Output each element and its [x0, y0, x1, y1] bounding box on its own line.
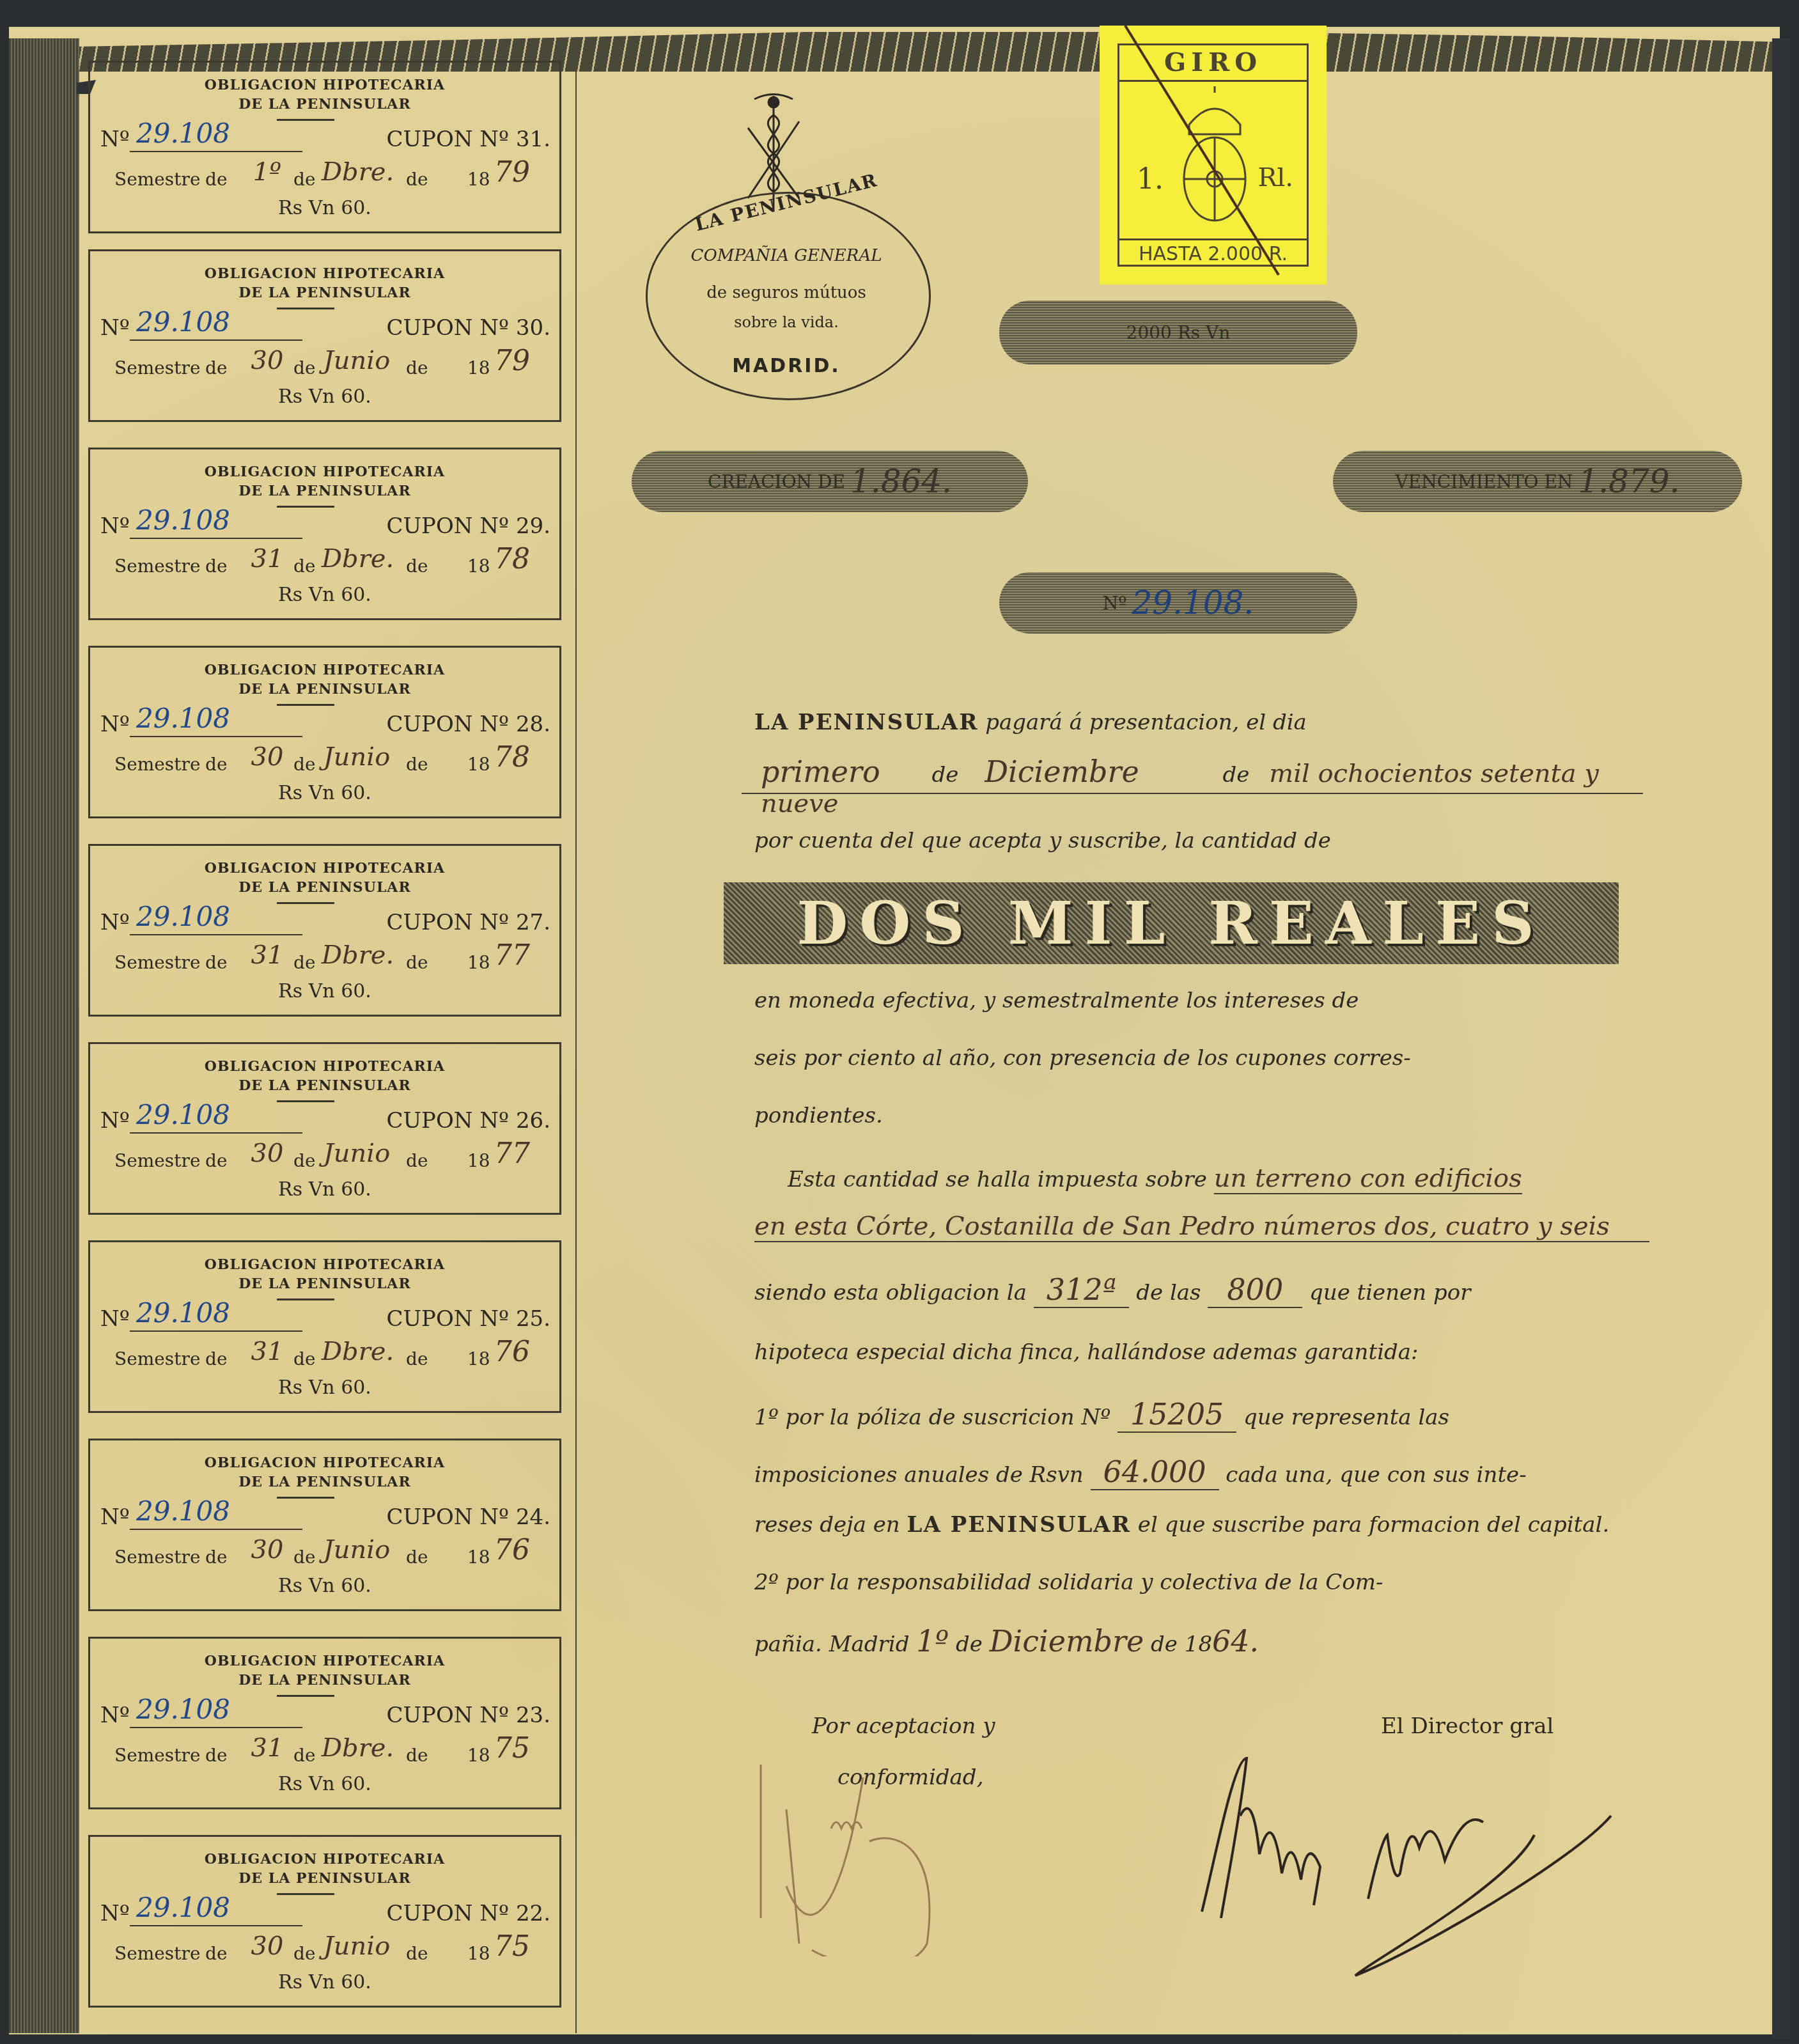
seal-line-3: sobre la vida. — [646, 313, 927, 331]
semester-day-handwritten: 31 — [238, 1733, 296, 1763]
divider — [277, 506, 334, 508]
body-line-4: en moneda efectiva, y semestralmente los… — [754, 988, 1359, 1013]
semester-label: Semestre — [114, 1348, 200, 1369]
coupon-header: OBLIGACION HIPOTECARIA — [90, 1058, 559, 1075]
amount-words: DOS MIL REALES — [797, 889, 1545, 958]
de-label: de — [406, 357, 428, 378]
pen-cancel-stroke-icon — [1112, 26, 1317, 281]
semester-month-handwritten: Dbre. — [322, 157, 392, 187]
bond-number-handwritten: 29.108 — [136, 901, 230, 932]
de-label: de — [205, 1348, 228, 1369]
de-label: de — [205, 169, 228, 190]
fill-line — [130, 1330, 302, 1332]
body-line-5: seis por ciento al año, con presencia de… — [754, 1045, 1411, 1071]
seal-line-1: COMPAÑIA GENERAL — [646, 246, 927, 265]
semester-label: Semestre — [114, 556, 200, 577]
coupon-amount: Rs Vn 60. — [90, 1971, 559, 1993]
coupon-label: CUPON Nº — [386, 1703, 509, 1728]
semester-label: Semestre — [114, 1547, 200, 1568]
semester-month-handwritten: Dbre. — [322, 1733, 392, 1763]
de-label: de — [205, 1150, 228, 1171]
coupon-23[interactable]: OBLIGACION HIPOTECARIADE LA PENINSULARNº… — [88, 1637, 561, 1809]
body-line-3: por cuenta del que acepta y suscribe, la… — [754, 828, 1331, 854]
coupon-subheader: DE LA PENINSULAR — [90, 285, 559, 301]
currency-label: Rs Vn — [278, 980, 335, 1002]
body-line-13: reses deja en LA PENINSULAR el que suscr… — [754, 1512, 1609, 1538]
coupon-subheader: DE LA PENINSULAR — [90, 1672, 559, 1689]
semester-day-handwritten: 30 — [238, 1535, 296, 1564]
divider — [277, 1695, 334, 1697]
coupon-amount: Rs Vn 60. — [90, 1178, 559, 1201]
bond-number-label: Nº — [100, 1306, 130, 1332]
coupon-24[interactable]: OBLIGACION HIPOTECARIADE LA PENINSULARNº… — [88, 1439, 561, 1611]
coupon-header: OBLIGACION HIPOTECARIA — [90, 464, 559, 480]
bond-number-handwritten: 29.108 — [136, 1892, 230, 1923]
semester-year-handwritten: 76 — [494, 1336, 530, 1368]
due-month-handwritten: Diciembre — [985, 754, 1139, 789]
coupon-subheader: DE LA PENINSULAR — [90, 483, 559, 499]
coupon-amount: Rs Vn 60. — [90, 197, 559, 219]
year-prefix: 18 — [467, 1745, 490, 1766]
bond-number-label: Nº — [100, 127, 130, 152]
amount-value: 60. — [341, 1178, 371, 1201]
currency-label: Rs Vn — [278, 197, 335, 219]
coupon-subheader: DE LA PENINSULAR — [90, 1870, 559, 1887]
divider — [277, 1100, 334, 1102]
coupon-perforation-line — [575, 70, 577, 2033]
semester-label: Semestre — [114, 1150, 200, 1171]
text: de — [956, 1632, 983, 1657]
fill-line — [130, 1727, 302, 1728]
semester-year-handwritten: 75 — [494, 1930, 530, 1963]
bond-number-label: Nº — [100, 1901, 130, 1926]
de-label: de — [406, 1348, 428, 1369]
body-line-1-text: pagará á presentacion, el dia — [985, 710, 1307, 735]
text: imposiciones anuales de Rsvn — [754, 1462, 1084, 1488]
body-line-15: pañia. Madrid 1º de Diciembre de 1864. — [754, 1624, 1259, 1658]
de-label: de — [205, 1547, 228, 1568]
annual-amount-handwritten: 64.000 — [1091, 1455, 1219, 1490]
text: que representa las — [1243, 1405, 1449, 1430]
coupon-no-value: 25. — [516, 1306, 550, 1332]
coupon-amount: Rs Vn 60. — [90, 1575, 559, 1597]
fill-line — [130, 339, 302, 341]
currency-label: Rs Vn — [278, 1773, 335, 1795]
coupon-header: OBLIGACION HIPOTECARIA — [90, 662, 559, 678]
fill-line — [130, 736, 302, 737]
semester-month-handwritten: Dbre. — [322, 1337, 392, 1366]
creacion-pill: CREACION DE 1.864. — [632, 451, 1028, 512]
de-label: de — [293, 1150, 316, 1171]
de-label: de — [205, 952, 228, 973]
de-label: de — [293, 1745, 316, 1766]
coupon-no-value: 27. — [516, 910, 550, 935]
body-line-14: 2º por la responsabilidad solidaria y co… — [754, 1570, 1383, 1595]
issue-day-handwritten: 1º — [916, 1624, 949, 1658]
body-line-7: Esta cantidad se halla impuesta sobre un… — [788, 1164, 1522, 1193]
de-label: de — [205, 357, 228, 378]
de-label: de — [293, 952, 316, 973]
semester-month-handwritten: Junio — [322, 742, 392, 772]
coupon-label: CUPON Nº — [386, 712, 509, 737]
year-prefix: 18 — [467, 952, 490, 973]
semester-day-handwritten: 30 — [238, 1139, 296, 1168]
coupon-number: CUPON Nº 24. — [386, 1504, 550, 1530]
body-line-9: siendo esta obligacion la 312ª de las 80… — [754, 1272, 1470, 1307]
semester-day-handwritten: 30 — [238, 346, 296, 375]
vencimiento-year: 1.879. — [1578, 463, 1679, 500]
de-label: de — [205, 1745, 228, 1766]
coupon-subheader: DE LA PENINSULAR — [90, 879, 559, 896]
vencimiento-label: VENCIMIENTO EN — [1396, 471, 1573, 492]
semester-day-handwritten: 31 — [238, 1337, 296, 1366]
de-label: de — [406, 1943, 428, 1964]
semester-day-handwritten: 30 — [238, 1931, 296, 1961]
semester-month-handwritten: Dbre. — [322, 940, 392, 970]
coupon-label: CUPON Nº — [386, 1504, 509, 1530]
text: el que suscribe para formacion del capit… — [1138, 1512, 1609, 1538]
coupon-header: OBLIGACION HIPOTECARIA — [90, 1455, 559, 1471]
issue-month-handwritten: Diciembre — [990, 1624, 1144, 1658]
semester-year-handwritten: 79 — [494, 345, 530, 377]
currency-label: Rs Vn — [278, 782, 335, 804]
coupon-no-value: 31. — [516, 127, 550, 152]
year-prefix: 18 — [467, 754, 490, 775]
issuer-name: LA PENINSULAR — [754, 710, 978, 735]
semester-month-handwritten: Junio — [322, 346, 392, 375]
de-label: de — [293, 1943, 316, 1964]
bond-number-label: Nº — [100, 1108, 130, 1134]
scan-edge — [1772, 38, 1790, 2040]
amount-banner: DOS MIL REALES — [724, 882, 1619, 964]
body-line-2: primero de Diciembre de mil ochocientos … — [761, 754, 1643, 818]
text: que tienen por — [1309, 1280, 1470, 1306]
coupon-no-value: 29. — [516, 513, 550, 539]
coupon-label: CUPON Nº — [386, 910, 509, 935]
body-line-12: imposiciones anuales de Rsvn 64.000 cada… — [754, 1455, 1527, 1489]
bond-number-handwritten: 29.108 — [136, 504, 230, 536]
seal-city: MADRID. — [646, 355, 927, 377]
due-day-handwritten: primero — [761, 754, 880, 789]
coupon-number: CUPON Nº 26. — [386, 1108, 550, 1134]
currency-label: Rs Vn — [278, 1971, 335, 1993]
semester-day-handwritten: 31 — [238, 544, 296, 573]
currency-label: Rs Vn — [278, 1178, 335, 1201]
coupon-number: CUPON Nº 22. — [386, 1901, 550, 1926]
de-label: de — [406, 1745, 428, 1766]
coupon-22[interactable]: OBLIGACION HIPOTECARIADE LA PENINSULARNº… — [88, 1835, 561, 2008]
divider — [277, 1893, 334, 1895]
amount-value: 60. — [341, 1377, 371, 1399]
body-line-6: pondientes. — [754, 1103, 883, 1128]
currency-label: Rs Vn — [278, 386, 335, 408]
coupon-label: CUPON Nº — [386, 315, 509, 341]
policy-number-handwritten: 15205 — [1118, 1397, 1236, 1433]
semester-label: Semestre — [114, 169, 200, 190]
fill-line — [130, 1132, 302, 1134]
amount-value: 60. — [341, 584, 371, 606]
de-label: de — [406, 952, 428, 973]
coupon-subheader: DE LA PENINSULAR — [90, 681, 559, 698]
divider — [277, 902, 334, 904]
coupon-header: OBLIGACION HIPOTECARIA — [90, 77, 559, 93]
coupon-31[interactable]: OBLIGACION HIPOTECARIADE LA PENINSULARNº… — [88, 61, 561, 233]
semester-year-handwritten: 77 — [494, 1137, 530, 1170]
creacion-year: 1.864. — [850, 463, 952, 500]
de-label: de — [1223, 762, 1250, 788]
amount-pill-text: 2000 Rs Vn — [1126, 322, 1231, 343]
coupon-header: OBLIGACION HIPOTECARIA — [90, 860, 559, 877]
amount-value: 60. — [341, 386, 371, 408]
fill-line — [130, 151, 302, 152]
body-line-1: LA PENINSULAR pagará á presentacion, el … — [754, 710, 1307, 735]
coupon-number: CUPON Nº 28. — [386, 712, 550, 737]
coupon-25[interactable]: OBLIGACION HIPOTECARIADE LA PENINSULARNº… — [88, 1240, 561, 1413]
amount-value: 60. — [341, 197, 371, 219]
year-prefix: 18 — [467, 1943, 490, 1964]
de-label: de — [406, 556, 428, 577]
coupon-26[interactable]: OBLIGACION HIPOTECARIADE LA PENINSULARNº… — [88, 1042, 561, 1215]
semester-year-handwritten: 79 — [494, 156, 530, 189]
body-line-11: 1º por la póliza de suscricion Nº 15205 … — [754, 1397, 1449, 1432]
coupon-subheader: DE LA PENINSULAR — [90, 1276, 559, 1292]
bond-number-pill: Nº 29.108. — [999, 572, 1357, 634]
year-prefix: 18 — [467, 1547, 490, 1568]
divider — [277, 704, 334, 706]
de-label: de — [406, 1547, 428, 1568]
ornamental-left-border — [9, 38, 79, 2033]
coupon-29[interactable]: OBLIGACION HIPOTECARIADE LA PENINSULARNº… — [88, 448, 561, 620]
coupon-header: OBLIGACION HIPOTECARIA — [90, 1256, 559, 1273]
bond-number-handwritten: 29.108 — [136, 1694, 230, 1725]
obligation-number-handwritten: 312ª — [1034, 1272, 1130, 1308]
bond-number-value: 29.108. — [1132, 584, 1254, 621]
coupon-label: CUPON Nº — [386, 1306, 509, 1332]
semester-day-handwritten: 30 — [238, 742, 296, 772]
de-label: de — [293, 1547, 316, 1568]
divider — [277, 1299, 334, 1300]
year-prefix: 18 — [467, 357, 490, 378]
de-label: de — [932, 762, 959, 788]
bond-number-handwritten: 29.108 — [136, 1495, 230, 1527]
de-label: de — [293, 1348, 316, 1369]
director-signature-icon — [1176, 1720, 1624, 1988]
coupon-amount: Rs Vn 60. — [90, 1377, 559, 1399]
divider — [277, 119, 334, 121]
de-label: de — [293, 357, 316, 378]
semester-day-handwritten: 31 — [238, 940, 296, 970]
fill-line — [130, 1925, 302, 1926]
coupon-no-value: 22. — [516, 1901, 550, 1926]
coupon-no-value: 24. — [516, 1504, 550, 1530]
total-obligations-handwritten: 800 — [1208, 1272, 1302, 1308]
coupon-header: OBLIGACION HIPOTECARIA — [90, 265, 559, 282]
bond-number-handwritten: 29.108 — [136, 1099, 230, 1130]
divider — [277, 308, 334, 309]
bond-number-label: Nº — [1103, 593, 1127, 614]
fill-line — [130, 538, 302, 539]
body-line-10: hipoteca especial dicha finca, hallándos… — [754, 1339, 1419, 1365]
body-line-7-text: Esta cantidad se halla impuesta sobre — [788, 1167, 1207, 1192]
semester-month-handwritten: Junio — [322, 1139, 392, 1168]
bond-number-label: Nº — [100, 513, 130, 539]
bond-number-label: Nº — [100, 1703, 130, 1728]
fill-line — [130, 934, 302, 935]
year-prefix: 18 — [467, 1348, 490, 1369]
coupon-amount: Rs Vn 60. — [90, 386, 559, 408]
bond-number-handwritten: 29.108 — [136, 306, 230, 338]
bond-number-label: Nº — [100, 1504, 130, 1530]
property-handwritten-1: un terreno con edificios — [1214, 1164, 1522, 1194]
coupon-amount: Rs Vn 60. — [90, 1773, 559, 1795]
issuer-name-inline: LA PENINSULAR — [907, 1512, 1131, 1538]
coupon-label: CUPON Nº — [386, 1108, 509, 1134]
currency-label: Rs Vn — [278, 1377, 335, 1399]
text: pañia. Madrid — [754, 1632, 909, 1657]
property-handwritten-2: en esta Córte, Costanilla de San Pedro n… — [754, 1212, 1610, 1241]
de-label: de — [205, 556, 228, 577]
coupon-no-value: 28. — [516, 712, 550, 737]
coupon-label: CUPON Nº — [386, 1901, 509, 1926]
de-label: de — [406, 169, 428, 190]
coupon-no-value: 30. — [516, 315, 550, 341]
amount-pill: 2000 Rs Vn — [999, 300, 1357, 364]
de-label: de — [293, 169, 316, 190]
amount-value: 60. — [341, 782, 371, 804]
semester-year-handwritten: 78 — [494, 741, 530, 774]
seal-line-2: de seguros mútuos — [646, 283, 927, 302]
text: 1º por la póliza de suscricion Nº — [754, 1405, 1110, 1430]
year-prefix: 18 — [467, 169, 490, 190]
coupon-number: CUPON Nº 30. — [386, 315, 550, 341]
text: de 18 — [1151, 1632, 1212, 1657]
body-line-8: en esta Córte, Costanilla de San Pedro n… — [754, 1212, 1649, 1242]
year-prefix: 18 — [467, 556, 490, 577]
de-label: de — [406, 1150, 428, 1171]
amount-value: 60. — [341, 1971, 371, 1993]
semester-label: Semestre — [114, 952, 200, 973]
coupon-header: OBLIGACION HIPOTECARIA — [90, 1851, 559, 1868]
year-prefix: 18 — [467, 1150, 490, 1171]
coupon-header: OBLIGACION HIPOTECARIA — [90, 1653, 559, 1669]
coupon-no-value: 23. — [516, 1703, 550, 1728]
semester-label: Semestre — [114, 357, 200, 378]
acceptance-signature-icon — [735, 1752, 1029, 1956]
coupon-subheader: DE LA PENINSULAR — [90, 1474, 559, 1490]
semester-month-handwritten: Dbre. — [322, 544, 392, 573]
creacion-label: CREACION DE — [708, 471, 845, 492]
de-label: de — [205, 754, 228, 775]
coupon-amount: Rs Vn 60. — [90, 782, 559, 804]
semester-label: Semestre — [114, 1745, 200, 1766]
bond-number-label: Nº — [100, 315, 130, 341]
semester-year-handwritten: 76 — [494, 1534, 530, 1566]
coupon-amount: Rs Vn 60. — [90, 584, 559, 606]
text: de las — [1136, 1280, 1201, 1306]
semester-year-handwritten: 75 — [494, 1732, 530, 1765]
coupon-27[interactable]: OBLIGACION HIPOTECARIADE LA PENINSULARNº… — [88, 844, 561, 1017]
coupon-amount: Rs Vn 60. — [90, 980, 559, 1002]
bond-number-label: Nº — [100, 910, 130, 935]
amount-value: 60. — [341, 1575, 371, 1597]
coupon-subheader: DE LA PENINSULAR — [90, 96, 559, 113]
de-label: de — [406, 754, 428, 775]
semester-label: Semestre — [114, 754, 200, 775]
de-label: de — [293, 556, 316, 577]
coupon-28[interactable]: OBLIGACION HIPOTECARIADE LA PENINSULARNº… — [88, 646, 561, 818]
currency-label: Rs Vn — [278, 1575, 335, 1597]
vencimiento-pill: VENCIMIENTO EN 1.879. — [1333, 451, 1742, 512]
de-label: de — [205, 1943, 228, 1964]
coupon-label: CUPON Nº — [386, 127, 509, 152]
fill-line — [130, 1529, 302, 1530]
semester-month-handwritten: Junio — [322, 1535, 392, 1564]
coupon-30[interactable]: OBLIGACION HIPOTECARIADE LA PENINSULARNº… — [88, 249, 561, 422]
currency-label: Rs Vn — [278, 584, 335, 606]
coupon-number: CUPON Nº 29. — [386, 513, 550, 539]
coupon-no-value: 26. — [516, 1108, 550, 1134]
coupon-number: CUPON Nº 27. — [386, 910, 550, 935]
coupon-subheader: DE LA PENINSULAR — [90, 1077, 559, 1094]
coupon-number: CUPON Nº 25. — [386, 1306, 550, 1332]
due-year-handwritten: mil ochocientos setenta y nueve — [761, 759, 1599, 818]
bond-number-label: Nº — [100, 712, 130, 737]
acceptance-label-1: Por aceptacion y — [812, 1713, 995, 1739]
text: reses deja en — [754, 1512, 900, 1538]
amount-value: 60. — [341, 980, 371, 1002]
semester-label: Semestre — [114, 1943, 200, 1964]
text: cada una, que con sus inte- — [1226, 1462, 1526, 1488]
semester-year-handwritten: 78 — [494, 543, 530, 575]
coupon-number: CUPON Nº 31. — [386, 127, 550, 152]
bond-number-handwritten: 29.108 — [136, 703, 230, 734]
semester-month-handwritten: Junio — [322, 1931, 392, 1961]
divider — [277, 1497, 334, 1499]
issue-year-handwritten: 64. — [1212, 1624, 1259, 1658]
de-label: de — [293, 754, 316, 775]
semester-year-handwritten: 77 — [494, 939, 530, 972]
coupon-number: CUPON Nº 23. — [386, 1703, 550, 1728]
amount-value: 60. — [341, 1773, 371, 1795]
bond-number-handwritten: 29.108 — [136, 118, 230, 149]
coupon-label: CUPON Nº — [386, 513, 509, 539]
text: siendo esta obligacion la — [754, 1280, 1027, 1306]
bond-number-handwritten: 29.108 — [136, 1297, 230, 1329]
semester-day-handwritten: 1º — [238, 157, 296, 187]
